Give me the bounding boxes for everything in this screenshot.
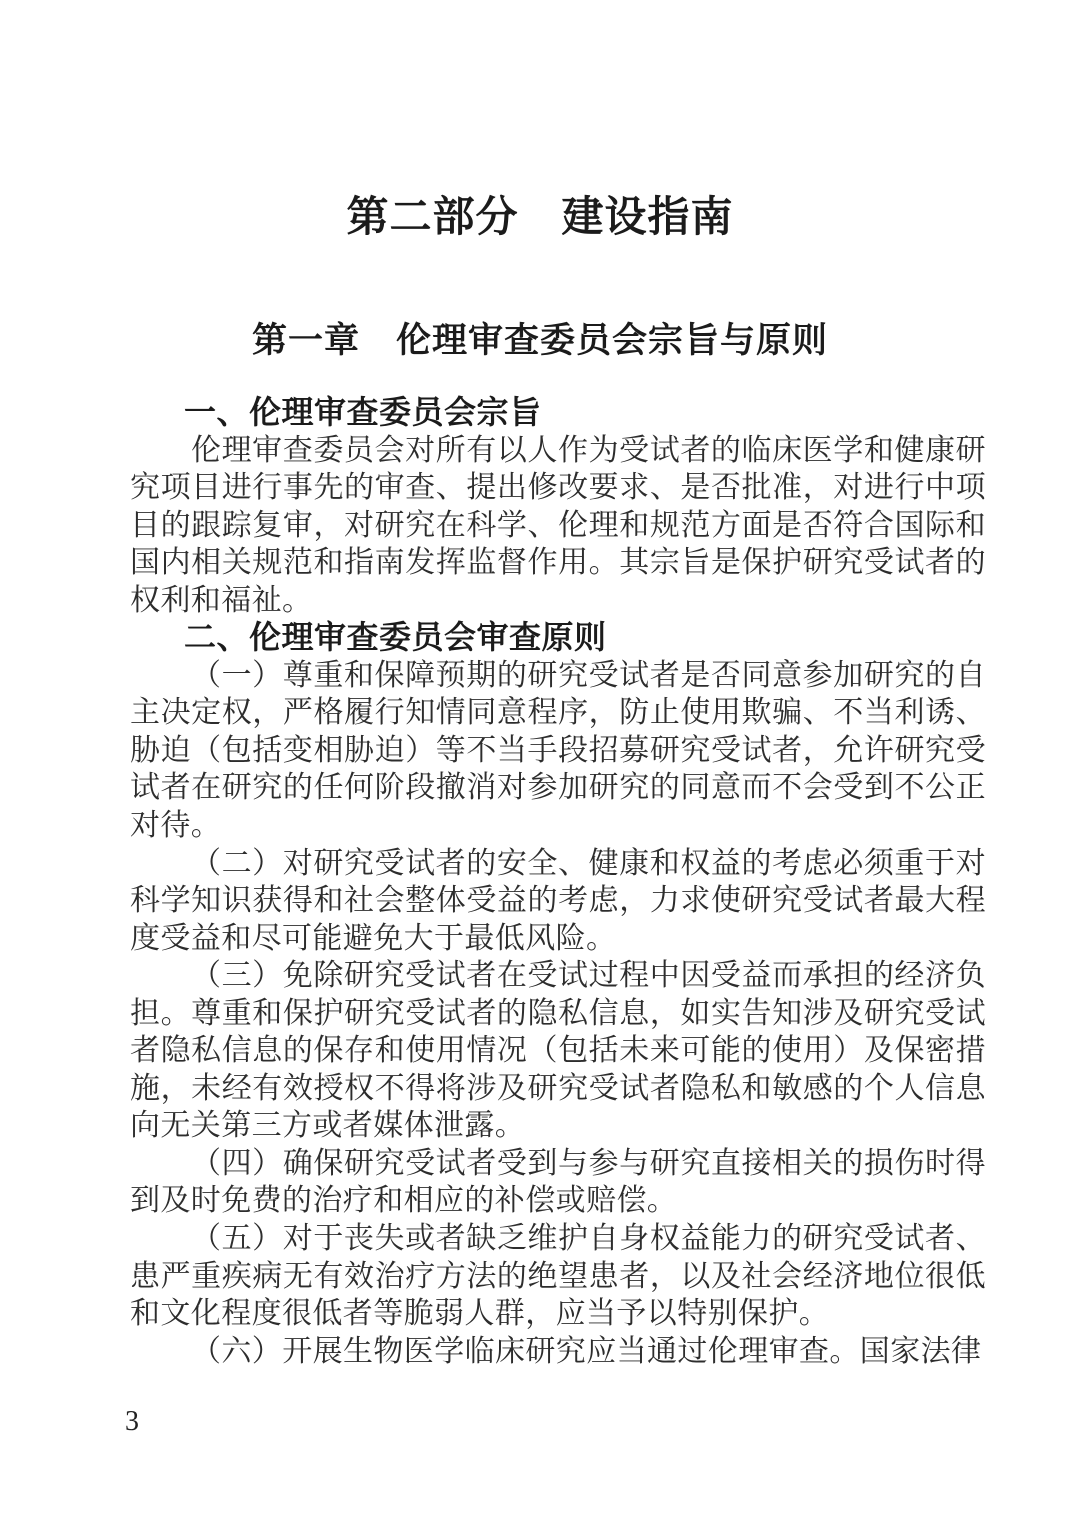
chapter-title: 第一章 伦理审查委员会宗旨与原则 <box>0 322 1080 360</box>
body-paragraph: （一）尊重和保障预期的研究受试者是否同意参加研究的自主决定权，严格履行知情同意程… <box>130 657 986 845</box>
document-page: 第二部分 建设指南 第一章 伦理审查委员会宗旨与原则 一、伦理审查委员会宗旨 伦… <box>0 0 1080 1528</box>
section-heading-1: 一、伦理审查委员会宗旨 <box>130 394 986 432</box>
body-paragraph: （五）对于丧失或者缺乏维护自身权益能力的研究受试者、患严重疾病无有效治疗方法的绝… <box>130 1220 986 1333</box>
section-heading-2: 二、伦理审查委员会审查原则 <box>130 619 986 657</box>
part-title: 第二部分 建设指南 <box>0 194 1080 240</box>
body-paragraph: （六）开展生物医学临床研究应当通过伦理审查。国家法律 <box>130 1333 986 1371</box>
body-paragraph: 伦理审查委员会对所有以人作为受试者的临床医学和健康研究项目进行事先的审查、提出修… <box>130 432 986 620</box>
body-paragraph: （四）确保研究受试者受到与参与研究直接相关的损伤时得到及时免费的治疗和相应的补偿… <box>130 1145 986 1220</box>
body-paragraph: （三）免除研究受试者在受试过程中因受益而承担的经济负担。尊重和保护研究受试者的隐… <box>130 957 986 1145</box>
page-number: 3 <box>125 1406 139 1438</box>
document-body: 一、伦理审查委员会宗旨 伦理审查委员会对所有以人作为受试者的临床医学和健康研究项… <box>130 394 986 1370</box>
body-paragraph: （二）对研究受试者的安全、健康和权益的考虑必须重于对科学知识获得和社会整体受益的… <box>130 845 986 958</box>
